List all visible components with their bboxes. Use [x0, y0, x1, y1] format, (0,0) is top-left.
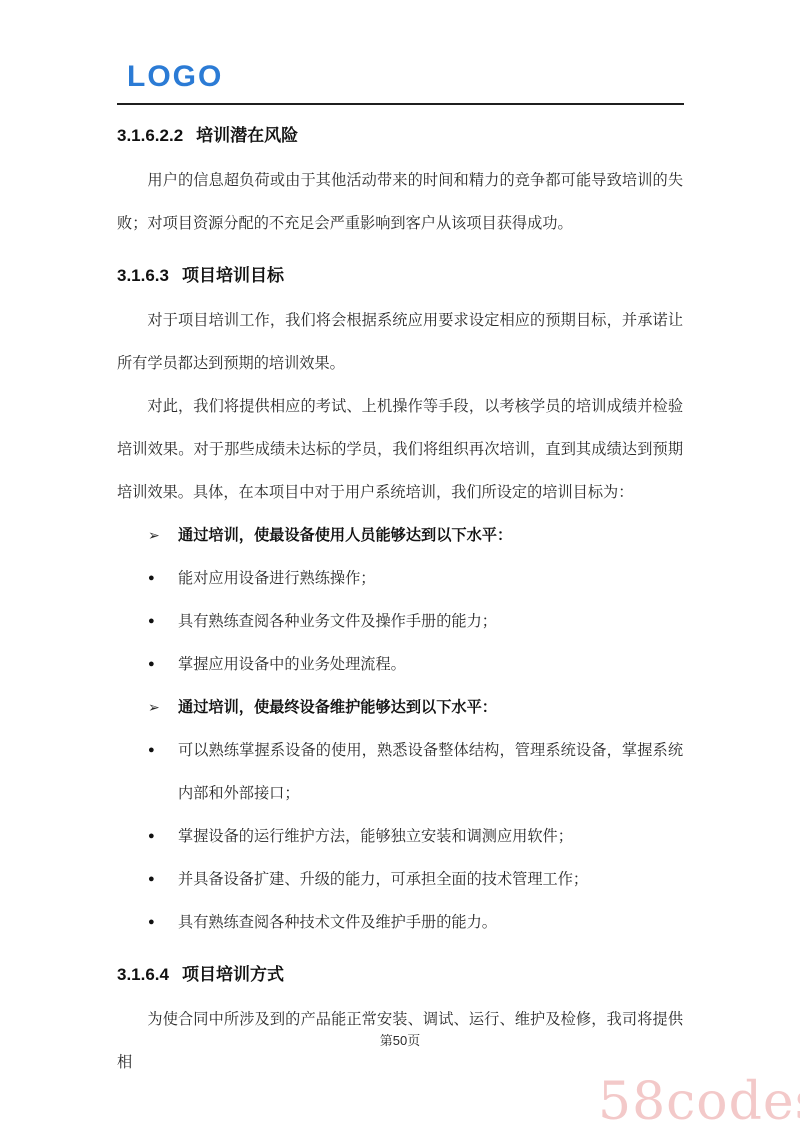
page-header: LOGO: [117, 0, 684, 105]
dot-bullet-icon: ●: [148, 858, 178, 901]
section-title: 培训潜在风险: [196, 126, 298, 145]
list-item-text: 具有熟练查阅各种技术文件及维护手册的能力。: [178, 901, 683, 944]
list-item-text: 通过培训，使最设备使用人员能够达到以下水平：: [178, 514, 683, 557]
dot-bullet-icon: ●: [148, 557, 178, 600]
list-item: ● 并具备设备扩建、升级的能力，可承担全面的技术管理工作；: [148, 858, 683, 901]
header-divider: [117, 103, 684, 105]
dot-bullet-icon: ●: [148, 600, 178, 643]
arrow-bullet-icon: ➢: [148, 686, 178, 729]
list-item-level1: ➢ 通过培训，使最终设备维护能够达到以下水平：: [148, 686, 683, 729]
paragraph: 用户的信息超负荷或由于其他活动带来的时间和精力的竞争都可能导致培训的失败；对项目…: [117, 159, 683, 245]
document-page: LOGO 3.1.6.2.2培训潜在风险 用户的信息超负荷或由于其他活动带来的时…: [0, 0, 800, 1132]
list-item: ● 能对应用设备进行熟练操作；: [148, 557, 683, 600]
list-item-text: 可以熟练掌握系设备的使用，熟悉设备整体结构，管理系统设备，掌握系统内部和外部接口…: [178, 729, 683, 815]
list-item-text: 能对应用设备进行熟练操作；: [178, 557, 683, 600]
section-heading-3-1-6-4: 3.1.6.4项目培训方式: [117, 962, 683, 988]
list-item-text: 掌握设备的运行维护方法，能够独立安装和调测应用软件；: [178, 815, 683, 858]
section-number: 3.1.6.2.2: [117, 123, 183, 149]
section-title: 项目培训目标: [182, 266, 284, 285]
dot-bullet-icon: ●: [148, 729, 178, 772]
list-item: ● 具有熟练查阅各种技术文件及维护手册的能力。: [148, 901, 683, 944]
list-item-text: 通过培训，使最终设备维护能够达到以下水平：: [178, 686, 683, 729]
paragraph: 对于项目培训工作，我们将会根据系统应用要求设定相应的预期目标，并承诺让所有学员都…: [117, 299, 683, 385]
list-item-text: 掌握应用设备中的业务处理流程。: [178, 643, 683, 686]
dot-bullet-icon: ●: [148, 815, 178, 858]
section-heading-3-1-6-2-2: 3.1.6.2.2培训潜在风险: [117, 123, 683, 149]
list-item-text: 具有熟练查阅各种业务文件及操作手册的能力；: [178, 600, 683, 643]
list-item: ● 具有熟练查阅各种业务文件及操作手册的能力；: [148, 600, 683, 643]
list-item: ● 可以熟练掌握系设备的使用，熟悉设备整体结构，管理系统设备，掌握系统内部和外部…: [148, 729, 683, 815]
paragraph: 对此，我们将提供相应的考试、上机操作等手段，以考核学员的培训成绩并检验培训效果。…: [117, 385, 683, 514]
list-item-level1: ➢ 通过培训，使最设备使用人员能够达到以下水平：: [148, 514, 683, 557]
watermark: 58codes: [598, 1072, 800, 1132]
arrow-bullet-icon: ➢: [148, 514, 178, 557]
list-item: ● 掌握应用设备中的业务处理流程。: [148, 643, 683, 686]
page-footer: 第50页: [0, 1030, 800, 1049]
dot-bullet-icon: ●: [148, 901, 178, 944]
list-item: ● 掌握设备的运行维护方法，能够独立安装和调测应用软件；: [148, 815, 683, 858]
logo: LOGO: [127, 60, 684, 94]
dot-bullet-icon: ●: [148, 643, 178, 686]
document-body: 3.1.6.2.2培训潜在风险 用户的信息超负荷或由于其他活动带来的时间和精力的…: [117, 123, 683, 1084]
section-heading-3-1-6-3: 3.1.6.3项目培训目标: [117, 263, 683, 289]
section-number: 3.1.6.4: [117, 962, 169, 988]
section-title: 项目培训方式: [182, 965, 284, 984]
list-item-text: 并具备设备扩建、升级的能力，可承担全面的技术管理工作；: [178, 858, 683, 901]
page-number: 第50页: [380, 1033, 420, 1048]
section-number: 3.1.6.3: [117, 263, 169, 289]
